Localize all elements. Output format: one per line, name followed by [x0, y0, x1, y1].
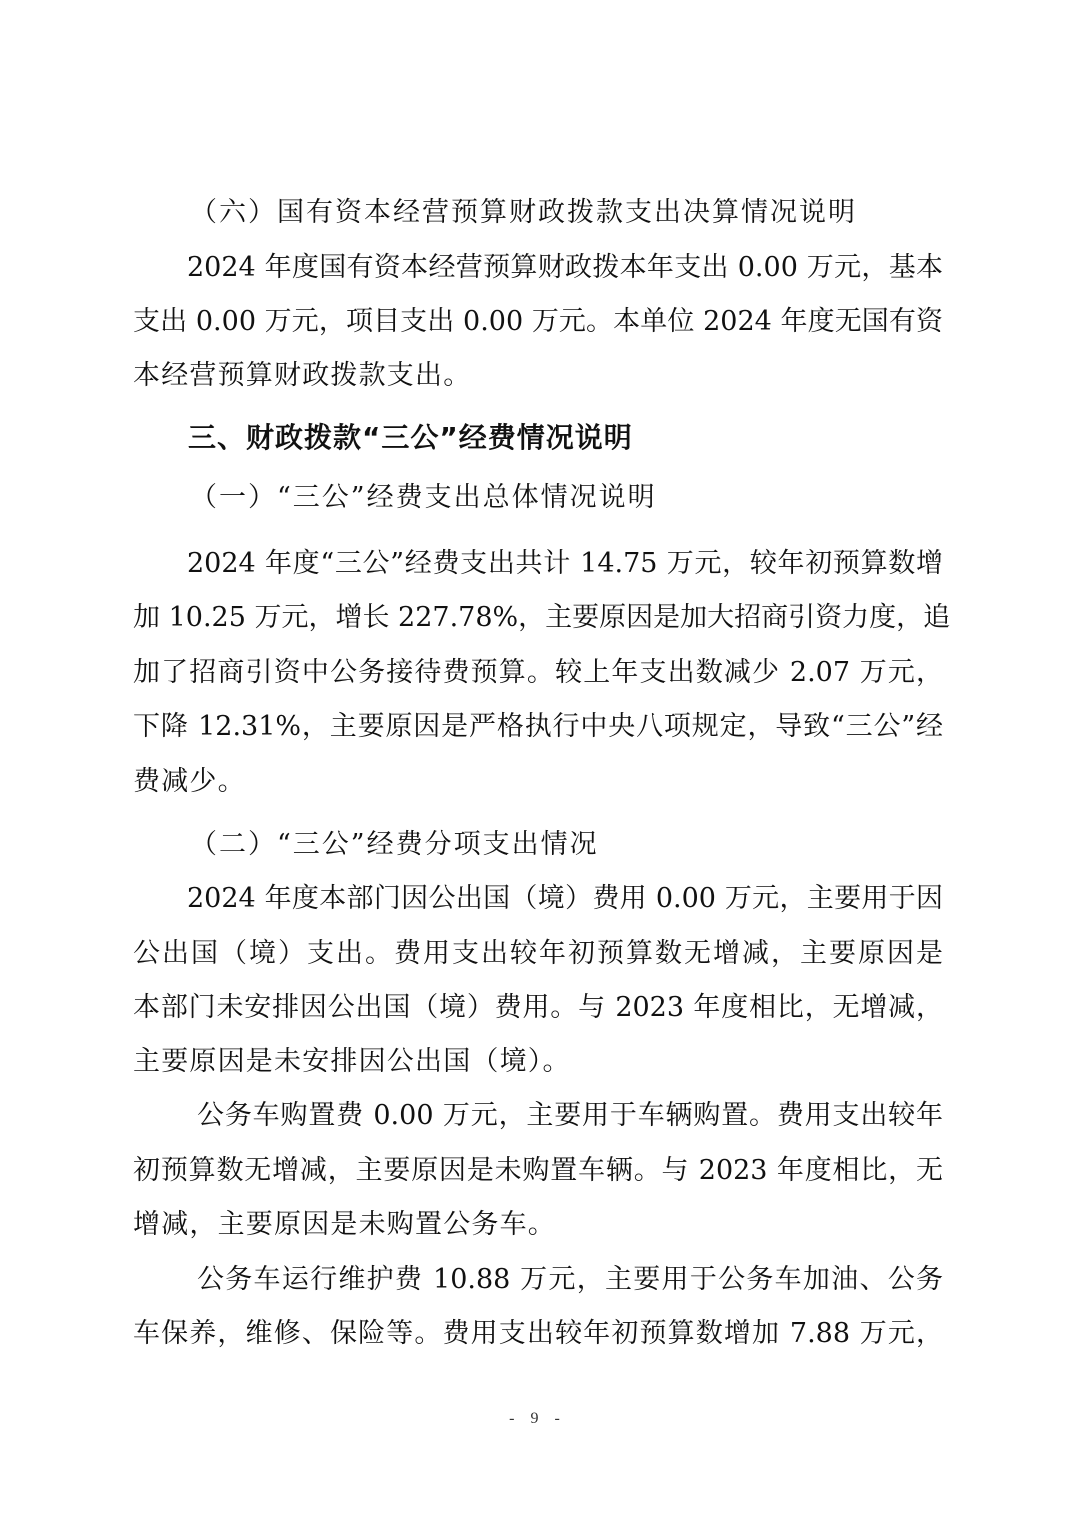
page-number: - 9 -	[0, 1410, 1075, 1428]
paragraph-line: 支出 0.00 万元，项目支出 0.00 万元。本单位 2024 年度无国有资	[133, 304, 943, 340]
section-6-heading: （六）国有资本经营预算财政拨款支出决算情况说明	[190, 195, 890, 231]
paragraph-line: 加了招商引资中公务接待费预算。较上年支出数减少 2.07 万元，	[133, 655, 943, 691]
paragraph-line: 下降 12.31%，主要原因是严格执行中央八项规定，导致“三公”经	[133, 709, 943, 745]
paragraph-line: 费减少。	[133, 764, 943, 800]
part-3-heading: 三、财政拨款“三公”经费情况说明	[188, 420, 633, 456]
sub-1-heading: （一）“三公”经费支出总体情况说明	[190, 480, 890, 516]
paragraph-line: 本经营预算财政拨款支出。	[133, 358, 943, 394]
paragraph-line: 初预算数无增减，主要原因是未购置车辆。与 2023 年度相比，无	[133, 1153, 943, 1189]
paragraph-line: 本部门未安排因公出国（境）费用。与 2023 年度相比，无增减，	[133, 990, 943, 1026]
paragraph-line: 主要原因是未安排因公出国（境）。	[133, 1044, 943, 1080]
paragraph-line: 加 10.25 万元，增长 227.78%，主要原因是加大招商引资力度，追	[133, 600, 943, 636]
paragraph-line: 2024 年度“三公”经费支出共计 14.75 万元，较年初预算数增	[187, 546, 943, 582]
paragraph-line: 2024 年度本部门因公出国（境）费用 0.00 万元，主要用于因	[187, 881, 943, 917]
document-page: （六）国有资本经营预算财政拨款支出决算情况说明 2024 年度国有资本经营预算财…	[0, 0, 1075, 1520]
paragraph-line: 车保养，维修、保险等。费用支出较年初预算数增加 7.88 万元，	[133, 1316, 943, 1352]
paragraph-line: 2024 年度国有资本经营预算财政拨本年支出 0.00 万元，基本	[187, 250, 943, 286]
paragraph-line: 公出国（境）支出。费用支出较年初预算数无增减，主要原因是	[133, 936, 943, 972]
paragraph-line: 公务车购置费 0.00 万元，主要用于车辆购置。费用支出较年	[197, 1098, 943, 1134]
paragraph-line: 增减，主要原因是未购置公务车。	[133, 1207, 943, 1243]
sub-2-heading: （二）“三公”经费分项支出情况	[190, 827, 890, 863]
paragraph-line: 公务车运行维护费 10.88 万元，主要用于公务车加油、公务	[197, 1262, 943, 1298]
